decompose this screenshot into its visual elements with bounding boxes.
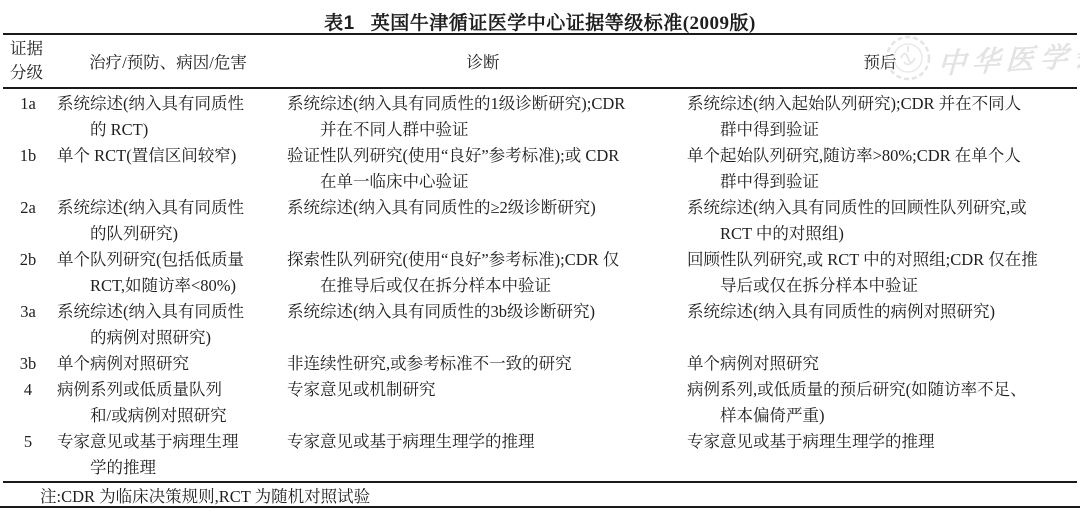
evidence-levels-table: 证据 分级 治疗/预防、病因/危害 诊断 预后 1a 系统综述(纳入具有同质性 … bbox=[3, 33, 1077, 483]
document-page: 表1英国牛津循证医学中心证据等级标准(2009版) 中华医学会 证据 分级 治疗… bbox=[0, 0, 1080, 512]
table-row-5: 5 专家意见或基于病理生理 学的推理 专家意见或基于病理生理学的推理 专家意见或… bbox=[3, 429, 1077, 482]
cell-level: 4 bbox=[3, 377, 53, 429]
header-diagnosis: 诊断 bbox=[283, 34, 683, 88]
cell-treatment: 病例系列或低质量队列 和/或病例对照研究 bbox=[57, 377, 277, 429]
cell-prognosis: 系统综述(纳入起始队列研究);CDR 并在不同人 群中得到验证 bbox=[687, 91, 1071, 143]
header-level: 证据 分级 bbox=[3, 34, 53, 88]
cell-level: 5 bbox=[3, 429, 53, 482]
cell-treatment: 专家意见或基于病理生理 学的推理 bbox=[57, 429, 277, 481]
cell-prognosis: 病例系列,或低质量的预后研究(如随访率不足、 样本偏倚严重) bbox=[687, 377, 1071, 429]
table-header: 证据 分级 治疗/预防、病因/危害 诊断 预后 bbox=[3, 34, 1077, 88]
table-number: 表1 bbox=[324, 13, 355, 34]
cell-prognosis: 专家意见或基于病理生理学的推理 bbox=[687, 429, 1071, 455]
header-prognosis: 预后 bbox=[683, 34, 1077, 88]
cell-diagnosis: 专家意见或机制研究 bbox=[287, 377, 677, 403]
cell-level: 1a bbox=[3, 88, 53, 143]
page-bottom-rule bbox=[0, 506, 1080, 508]
cell-diagnosis: 非连续性研究,或参考标准不一致的研究 bbox=[287, 351, 677, 377]
cell-treatment: 单个 RCT(置信区间较窄) bbox=[57, 143, 277, 169]
table-row-2b: 2b 单个队列研究(包括低质量 RCT,如随访率<80%) 探索性队列研究(使用… bbox=[3, 247, 1077, 299]
cell-treatment: 系统综述(纳入具有同质性 的 RCT) bbox=[57, 91, 277, 143]
cell-diagnosis: 系统综述(纳入具有同质性的3b级诊断研究) bbox=[287, 299, 677, 325]
cell-level: 1b bbox=[3, 143, 53, 195]
table-row-3b: 3b 单个病例对照研究 非连续性研究,或参考标准不一致的研究 单个病例对照研究 bbox=[3, 351, 1077, 377]
table-body: 1a 系统综述(纳入具有同质性 的 RCT) 系统综述(纳入具有同质性的1级诊断… bbox=[3, 88, 1077, 482]
cell-level: 2a bbox=[3, 195, 53, 247]
table-row-3a: 3a 系统综述(纳入具有同质性 的病例对照研究) 系统综述(纳入具有同质性的3b… bbox=[3, 299, 1077, 351]
cell-prognosis: 回顾性队列研究,或 RCT 中的对照组;CDR 仅在推 导后或仅在拆分样本中验证 bbox=[687, 247, 1071, 299]
cell-treatment: 单个病例对照研究 bbox=[57, 351, 277, 377]
cell-treatment: 单个队列研究(包括低质量 RCT,如随访率<80%) bbox=[57, 247, 277, 299]
header-treatment: 治疗/预防、病因/危害 bbox=[53, 34, 283, 88]
cell-level: 3b bbox=[3, 351, 53, 377]
cell-diagnosis: 系统综述(纳入具有同质性的1级诊断研究);CDR 并在不同人群中验证 bbox=[287, 91, 677, 143]
cell-diagnosis: 系统综述(纳入具有同质性的≥2级诊断研究) bbox=[287, 195, 677, 221]
table-row-4: 4 病例系列或低质量队列 和/或病例对照研究 专家意见或机制研究 病例系列,或低… bbox=[3, 377, 1077, 429]
cell-diagnosis: 验证性队列研究(使用“良好”参考标准);或 CDR 在单一临床中心验证 bbox=[287, 143, 677, 195]
table-footnote: 注:CDR 为临床决策规则,RCT 为随机对照试验 bbox=[3, 486, 1077, 507]
cell-prognosis: 单个病例对照研究 bbox=[687, 351, 1071, 377]
cell-prognosis: 单个起始队列研究,随访率>80%;CDR 在单个人 群中得到验证 bbox=[687, 143, 1071, 195]
table-row-1b: 1b 单个 RCT(置信区间较窄) 验证性队列研究(使用“良好”参考标准);或 … bbox=[3, 143, 1077, 195]
cell-prognosis: 系统综述(纳入具有同质性的病例对照研究) bbox=[687, 299, 1071, 325]
header-row: 证据 分级 治疗/预防、病因/危害 诊断 预后 bbox=[3, 34, 1077, 88]
cell-level: 3a bbox=[3, 299, 53, 351]
cell-treatment: 系统综述(纳入具有同质性 的病例对照研究) bbox=[57, 299, 277, 351]
cell-diagnosis: 探索性队列研究(使用“良好”参考标准);CDR 仅 在推导后或仅在拆分样本中验证 bbox=[287, 247, 677, 299]
table-title: 英国牛津循证医学中心证据等级标准(2009版) bbox=[371, 13, 756, 34]
table-row-1a: 1a 系统综述(纳入具有同质性 的 RCT) 系统综述(纳入具有同质性的1级诊断… bbox=[3, 88, 1077, 143]
cell-treatment: 系统综述(纳入具有同质性 的队列研究) bbox=[57, 195, 277, 247]
cell-diagnosis: 专家意见或基于病理生理学的推理 bbox=[287, 429, 677, 455]
table-row-2a: 2a 系统综述(纳入具有同质性 的队列研究) 系统综述(纳入具有同质性的≥2级诊… bbox=[3, 195, 1077, 247]
cell-level: 2b bbox=[3, 247, 53, 299]
table-caption: 表1英国牛津循证医学中心证据等级标准(2009版) bbox=[0, 0, 1080, 33]
cell-prognosis: 系统综述(纳入具有同质性的回顾性队列研究,或 RCT 中的对照组) bbox=[687, 195, 1071, 247]
